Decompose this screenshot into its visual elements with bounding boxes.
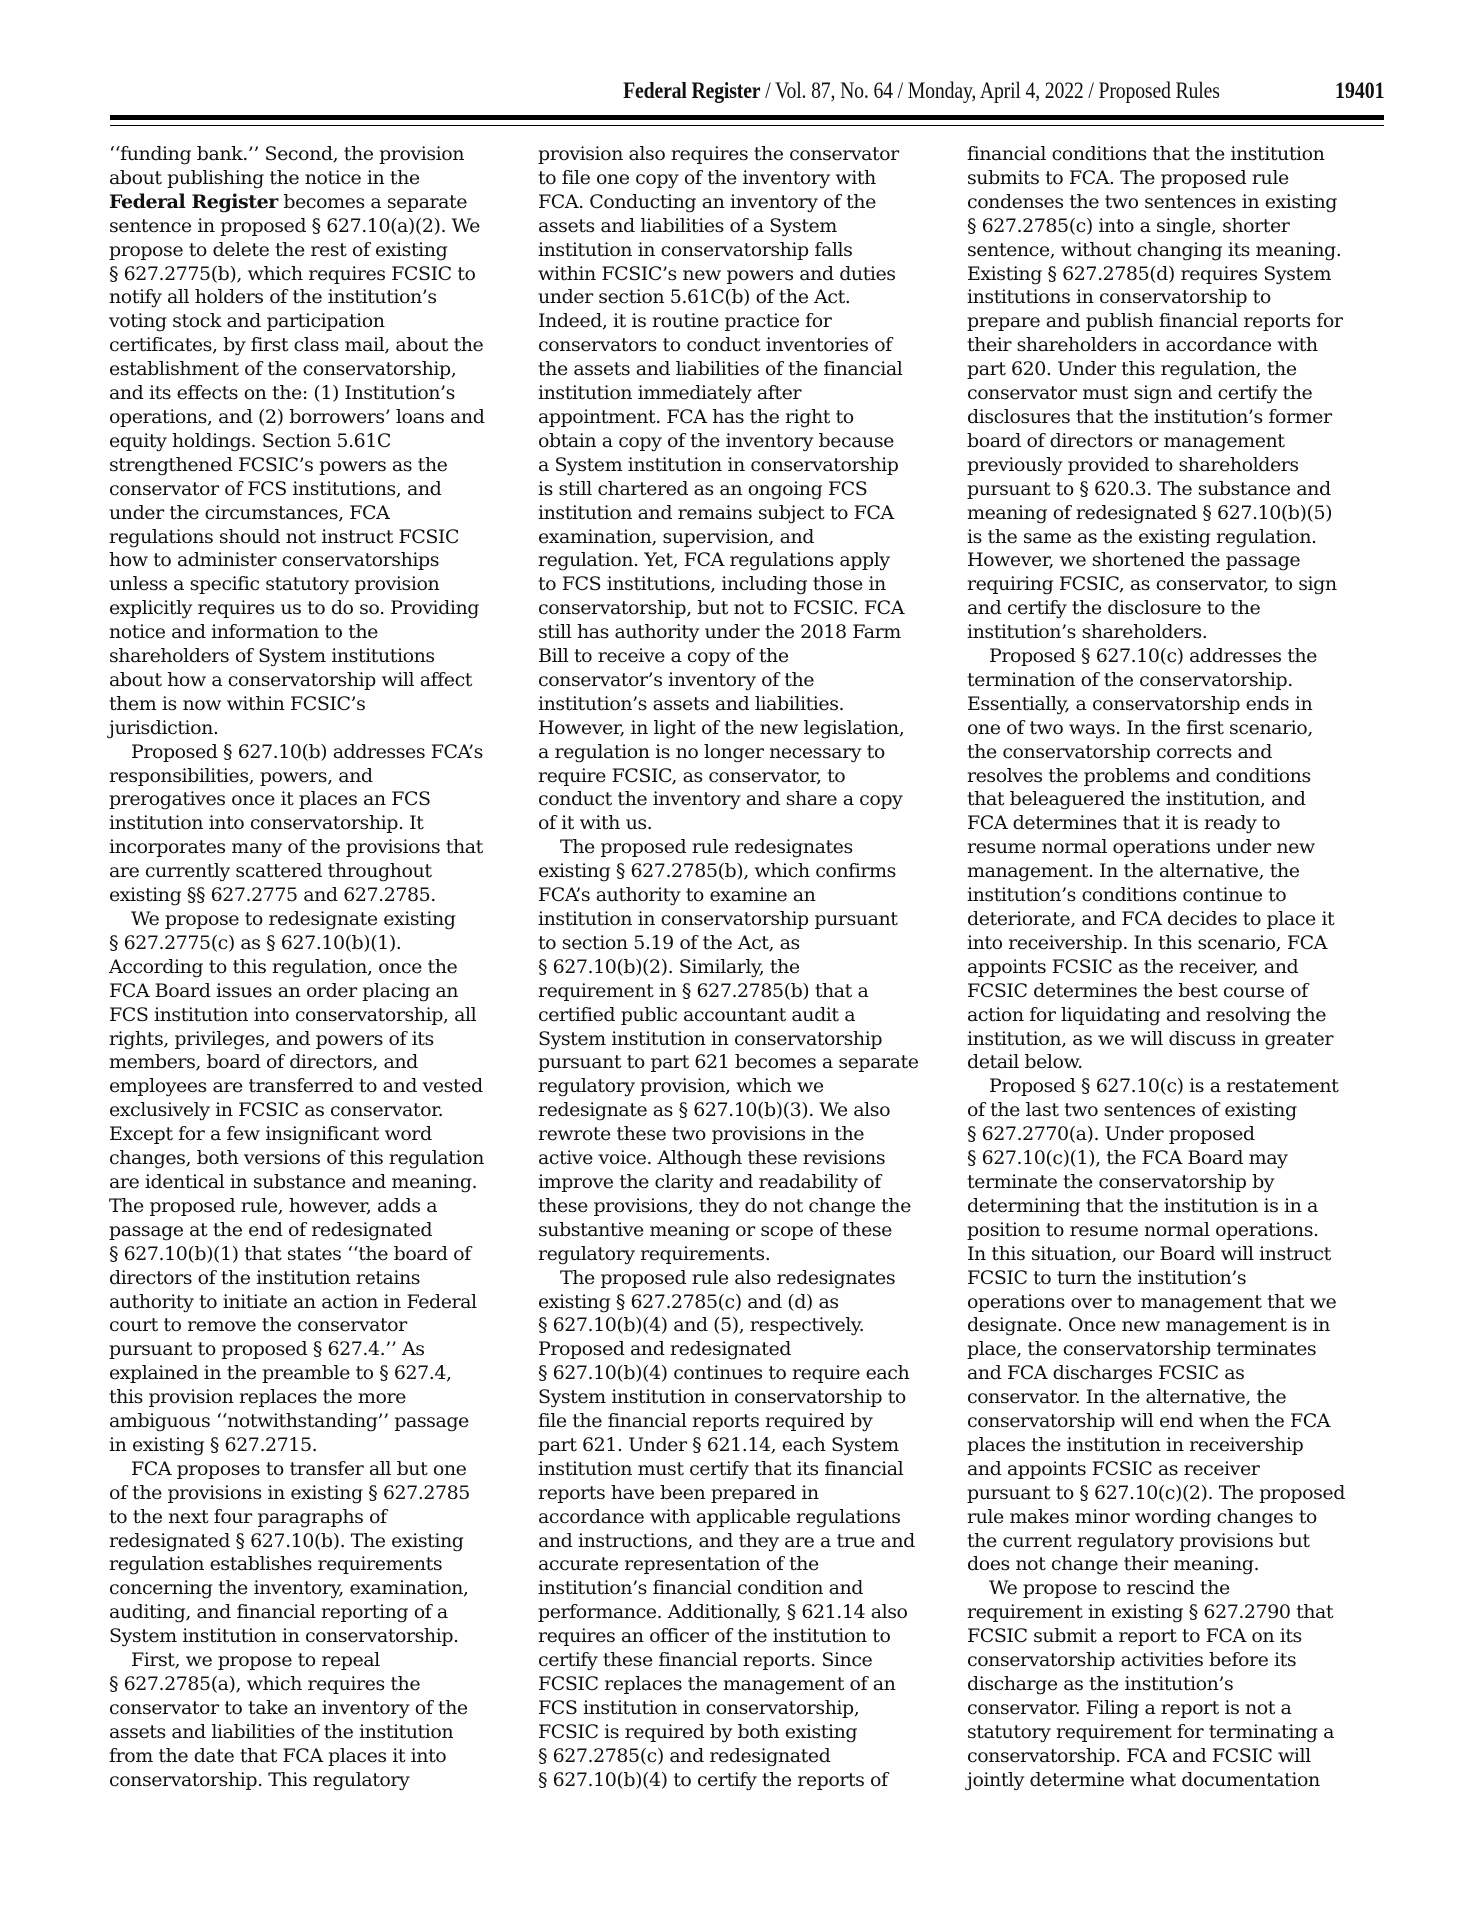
line-text: § 627.2775(c) as § 627.10(b)(1). — [109, 932, 401, 954]
text-line: sentence in proposed § 627.10(a)(2). We — [109, 215, 515, 239]
line-text: Proposed and redesignated — [538, 1338, 791, 1360]
text-line: disclosures that the institution’s forme… — [967, 406, 1383, 430]
text-line: regulation. Yet, FCA regulations apply — [538, 549, 954, 573]
text-line: management. In the alternative, the — [967, 860, 1383, 884]
line-text: equity holdings. Section 5.61C — [109, 430, 391, 452]
line-text: resolves the problems and conditions — [967, 765, 1311, 787]
text-line: to section 5.19 of the Act, as — [538, 932, 954, 956]
line-text: sentence, without changing its meaning. — [967, 239, 1341, 261]
text-line: authority to initiate an action in Feder… — [109, 1291, 515, 1315]
text-line: Proposed and redesignated — [538, 1338, 954, 1362]
text-line: does not change their meaning. — [967, 1553, 1383, 1577]
line-text: institutions in conservatorship to — [967, 286, 1271, 308]
text-line: certificates, by first class mail, about… — [109, 334, 515, 358]
text-line: FCA. Conducting an inventory of the — [538, 191, 954, 215]
line-text: employees are transferred to and vested — [109, 1075, 483, 1097]
line-text: a System institution in conservatorship — [538, 454, 899, 476]
line-text: examination, supervision, and — [538, 526, 814, 548]
text-line: conservatorship activities before its — [967, 1649, 1383, 1673]
line-text: FCSIC is required by both existing — [538, 1721, 857, 1743]
text-line: determining that the institution is in a — [967, 1195, 1383, 1219]
text-line: them is now within FCSIC’s — [109, 693, 515, 717]
line-text: substantive meaning or scope of these — [538, 1219, 892, 1241]
text-line: Except for a few insignificant word — [109, 1123, 515, 1147]
line-text: § 627.2770(a). Under proposed — [967, 1123, 1255, 1145]
line-text: FCA determines that it is ready to — [967, 812, 1280, 834]
text-line: According to this regulation, once the — [109, 956, 515, 980]
text-line: incorporates many of the provisions that — [109, 836, 515, 860]
text-line: financial conditions that the institutio… — [967, 143, 1383, 167]
line-text: redesignated § 627.10(b). The existing — [109, 1530, 463, 1552]
line-text: requirement in § 627.2785(b) that a — [538, 980, 868, 1002]
line-text: § 627.10(c)(1), the FCA Board may — [967, 1147, 1287, 1169]
text-line: responsibilities, powers, and — [109, 765, 515, 789]
line-text: FCA Board issues an order placing an — [109, 980, 458, 1002]
line-text: conservatorship. This regulatory — [109, 1769, 409, 1791]
text-line: However, we shortened the passage — [967, 549, 1383, 573]
text-line: certified public accountant audit a — [538, 1004, 954, 1028]
text-line: institution into conservatorship. It — [109, 812, 515, 836]
line-text: conservator to take an inventory of the — [109, 1697, 468, 1719]
line-text: We propose to redesignate existing — [131, 908, 456, 930]
text-line: regulation establishes requirements — [109, 1553, 515, 1577]
text-line: conservator of FCS institutions, and — [109, 478, 515, 502]
line-text: notice and information to the — [109, 621, 378, 643]
text-line: explained in the preamble to § 627.4, — [109, 1362, 515, 1386]
line-text: appointment. FCA has the right to — [538, 406, 854, 428]
line-text: to FCS institutions, including those in — [538, 573, 886, 595]
text-line: explicitly requires us to do so. Providi… — [109, 597, 515, 621]
text-line: pursuant to § 620.3. The substance and — [967, 478, 1383, 502]
text-line: propose to delete the rest of existing — [109, 239, 515, 263]
text-line: institution and remains subject to FCA — [538, 502, 954, 526]
text-line: institution’s shareholders. — [967, 621, 1383, 645]
text-line: conservators to conduct inventories of — [538, 334, 954, 358]
text-line: the assets and liabilities of the financ… — [538, 358, 954, 382]
line-text: in existing § 627.2715. — [109, 1434, 317, 1456]
text-line: institution in conservatorship falls — [538, 239, 954, 263]
text-line: and certify the disclosure to the — [967, 597, 1383, 621]
page-number: 19401 — [1335, 78, 1384, 104]
line-text: institution in conservatorship falls — [538, 239, 852, 261]
line-text: Essentially, a conservatorship ends in — [967, 693, 1312, 715]
line-text: concerning the inventory, examination, — [109, 1577, 468, 1599]
line-text: discharge as the institution’s — [967, 1673, 1233, 1695]
text-line: resume normal operations under new — [967, 836, 1383, 860]
line-text: unless a specific statutory provision — [109, 573, 439, 595]
text-line: meaning of redesignated § 627.10(b)(5) — [967, 502, 1383, 526]
text-line: require FCSIC, as conservator, to — [538, 765, 954, 789]
text-line: about how a conservatorship will affect — [109, 669, 515, 693]
line-text: institution, as we will discuss in great… — [967, 1028, 1333, 1050]
text-line: in existing § 627.2715. — [109, 1434, 515, 1458]
text-line: institution’s assets and liabilities. — [538, 693, 954, 717]
text-line: places the institution in receivership — [967, 1434, 1383, 1458]
line-text: propose to delete the rest of existing — [109, 239, 447, 261]
line-text: § 627.10(b)(4) to certify the reports of — [538, 1769, 888, 1791]
line-text: System institution in conservatorship. — [109, 1625, 459, 1647]
text-line: Essentially, a conservatorship ends in — [967, 693, 1383, 717]
text-line: obtain a copy of the inventory because — [538, 430, 954, 454]
paragraph-start-line: The proposed rule also redesignates — [538, 1267, 954, 1291]
line-text: and instructions, and they are a true an… — [538, 1530, 915, 1552]
text-line: under the circumstances, FCA — [109, 502, 515, 526]
line-text: provision also requires the conservator — [538, 143, 899, 165]
line-text: of it with us. — [538, 812, 652, 834]
line-text: FCSIC to turn the institution’s — [967, 1267, 1246, 1289]
line-text: sentence in proposed § 627.10(a)(2). We — [109, 215, 480, 237]
line-text: FCSIC replaces the management of an — [538, 1673, 895, 1695]
line-text: performance. Additionally, § 621.14 also — [538, 1601, 908, 1623]
line-text: However, we shortened the passage — [967, 549, 1300, 571]
text-line: institution, as we will discuss in great… — [967, 1028, 1383, 1052]
line-text: assets and liabilities of the institutio… — [109, 1721, 453, 1743]
text-line: action for liquidating and resolving the — [967, 1004, 1383, 1028]
text-line: § 627.10(c)(1), the FCA Board may — [967, 1147, 1383, 1171]
line-text: submits to FCA. The proposed rule — [967, 167, 1289, 189]
line-text: pursuant to part 621 becomes a separate — [538, 1051, 919, 1073]
line-text: regulation. Yet, FCA regulations apply — [538, 549, 890, 571]
text-line: § 627.2785(c) and redesignated — [538, 1745, 954, 1769]
line-text: FCA proposes to transfer all but one — [131, 1458, 466, 1480]
issue-date: Monday, April 4, 2022 — [908, 78, 1084, 103]
line-text: requirement in existing § 627.2790 that — [967, 1601, 1333, 1623]
text-line: jurisdiction. — [109, 717, 515, 741]
line-text: regulation establishes requirements — [109, 1553, 442, 1575]
paragraph-start-line: Proposed § 627.10(c) addresses the — [967, 645, 1383, 669]
line-text: ambiguous ‘‘notwithstanding’’ passage — [109, 1410, 469, 1432]
header-rule-thick — [110, 115, 1384, 120]
line-text: voting stock and participation — [109, 310, 385, 332]
text-line: conservator’s inventory of the — [538, 669, 954, 693]
text-line: prerogatives once it places an FCS — [109, 788, 515, 812]
line-text: regulatory requirements. — [538, 1243, 770, 1265]
text-line: resolves the problems and conditions — [967, 765, 1383, 789]
text-line: concerning the inventory, examination, — [109, 1577, 515, 1601]
text-line: detail below. — [967, 1051, 1383, 1075]
line-text: active voice. Although these revisions — [538, 1147, 885, 1169]
line-text: § 627.2785(c) and redesignated — [538, 1745, 830, 1767]
line-text: Indeed, it is routine practice for — [538, 310, 831, 332]
header-separator: / — [893, 78, 908, 103]
line-text: position to resume normal operations. — [967, 1219, 1319, 1241]
text-line: passage at the end of redesignated — [109, 1219, 515, 1243]
text-line: institution must certify that its financ… — [538, 1458, 954, 1482]
line-text: institution must certify that its financ… — [538, 1458, 903, 1480]
line-text: to file one copy of the inventory with — [538, 167, 876, 189]
paragraph-start-line: Proposed § 627.10(c) is a restatement — [967, 1075, 1383, 1099]
line-text: The proposed rule redesignates — [560, 836, 853, 858]
line-text: FCSIC determines the best course of — [967, 980, 1308, 1002]
line-text: conservatorship activities before its — [967, 1649, 1296, 1671]
line-text: is still chartered as an ongoing FCS — [538, 478, 867, 500]
line-text: institution into conservatorship. It — [109, 812, 423, 834]
line-text: conservator must sign and certify the — [967, 382, 1312, 404]
text-line: § 627.10(b)(2). Similarly, the — [538, 956, 954, 980]
line-text: institution in conservatorship pursuant — [538, 908, 897, 930]
line-text: conservator of FCS institutions, and — [109, 478, 441, 500]
text-line: FCSIC submit a report to FCA on its — [967, 1625, 1383, 1649]
text-line: institution immediately after — [538, 382, 954, 406]
text-line: notify all holders of the institution’s — [109, 286, 515, 310]
line-text: First, we propose to repeal — [131, 1649, 380, 1671]
line-text: existing § 627.2785(c) and (d) as — [538, 1291, 839, 1313]
line-text: one of two ways. In the first scenario, — [967, 717, 1313, 739]
text-line: rule makes minor wording changes to — [967, 1506, 1383, 1530]
line-text: them is now within FCSIC’s — [109, 693, 365, 715]
line-text: System institution in conservatorship — [538, 1028, 882, 1050]
text-line: statutory requirement for terminating a — [967, 1721, 1383, 1745]
text-line: conservatorship, but not to FCSIC. FCA — [538, 597, 954, 621]
text-line: from the date that FCA places it into — [109, 1745, 515, 1769]
line-text: Proposed § 627.10(c) addresses the — [989, 645, 1317, 667]
text-line: requiring FCSIC, as conservator, to sign — [967, 573, 1383, 597]
text-line: conservator. In the alternative, the — [967, 1386, 1383, 1410]
line-text: Existing § 627.2785(d) requires System — [967, 263, 1331, 285]
line-text: FCA. Conducting an inventory of the — [538, 191, 876, 213]
text-line: directors of the institution retains — [109, 1267, 515, 1291]
text-line: that beleaguered the institution, and — [967, 788, 1383, 812]
line-text: from the date that FCA places it into — [109, 1745, 446, 1767]
line-text: § 627.2785(c) into a single, shorter — [967, 215, 1289, 237]
line-text: Proposed § 627.10(b) addresses FCA’s — [131, 741, 483, 763]
text-line: § 627.2775(b), which requires FCSIC to — [109, 263, 515, 287]
line-text: § 627.2775(b), which requires FCSIC to — [109, 263, 475, 285]
line-text: institution’s assets and liabilities. — [538, 693, 844, 715]
text-line: redesignate as § 627.10(b)(3). We also — [538, 1099, 954, 1123]
line-text: and certify the disclosure to the — [967, 597, 1260, 619]
text-line: assets and liabilities of a System — [538, 215, 954, 239]
text-line: improve the clarity and readability of — [538, 1171, 954, 1195]
line-text: designate. Once new management is in — [967, 1314, 1330, 1336]
text-line: and its effects on the: (1) Institution’… — [109, 382, 515, 406]
text-line: members, board of directors, and — [109, 1051, 515, 1075]
text-line: are identical in substance and meaning. — [109, 1171, 515, 1195]
line-text: ‘‘funding bank.’’ Second, the provision — [109, 143, 464, 165]
line-text: assets and liabilities of a System — [538, 215, 837, 237]
text-line: place, the conservatorship terminates — [967, 1338, 1383, 1362]
line-text: However, in light of the new legislation… — [538, 717, 904, 739]
text-line: institution’s conditions continue to — [967, 884, 1383, 908]
line-text: determining that the institution is in a — [967, 1195, 1318, 1217]
line-text: these provisions, they do not change the — [538, 1195, 911, 1217]
text-line: conservatorship. This regulatory — [109, 1769, 515, 1793]
line-text: conduct the inventory and share a copy — [538, 788, 902, 810]
text-line: Bill to receive a copy of the — [538, 645, 954, 669]
line-text: We propose to rescind the — [989, 1577, 1230, 1599]
text-line: assets and liabilities of the institutio… — [109, 1721, 515, 1745]
line-text: shareholders of System institutions — [109, 645, 435, 667]
text-line: of the provisions in existing § 627.2785 — [109, 1482, 515, 1506]
text-line: Indeed, it is routine practice for — [538, 310, 954, 334]
line-text: about publishing the notice in the — [109, 167, 420, 189]
line-text: under the circumstances, FCA — [109, 502, 389, 524]
paragraph-start-line: Proposed § 627.10(b) addresses FCA’s — [109, 741, 515, 765]
line-text: jointly determine what documentation — [967, 1769, 1320, 1791]
line-text: conservator. Filing a report is not a — [967, 1697, 1291, 1719]
text-line: part 620. Under this regulation, the — [967, 358, 1383, 382]
text-line: unless a specific statutory provision — [109, 573, 515, 597]
text-line: are currently scattered throughout — [109, 860, 515, 884]
text-line: FCS institution in conservatorship, — [538, 1697, 954, 1721]
header-separator: / — [1084, 78, 1099, 103]
line-text: conservator. In the alternative, the — [967, 1386, 1286, 1408]
line-text: FCS institution into conservatorship, al… — [109, 1004, 476, 1026]
line-text: institution’s shareholders. — [967, 621, 1207, 643]
text-line: operations over to management that we — [967, 1291, 1383, 1315]
text-line: examination, supervision, and — [538, 526, 954, 550]
text-column-3: financial conditions that the institutio… — [967, 143, 1383, 1793]
text-line: FCSIC to turn the institution’s — [967, 1267, 1383, 1291]
line-text: notify all holders of the institution’s — [109, 286, 437, 308]
text-line: pursuant to part 621 becomes a separate — [538, 1051, 954, 1075]
text-line: active voice. Although these revisions — [538, 1147, 954, 1171]
line-text: § 627.10(b)(4) continues to require each — [538, 1362, 909, 1384]
text-line: employees are transferred to and vested — [109, 1075, 515, 1099]
line-text: institution’s financial condition and — [538, 1577, 863, 1599]
text-line: performance. Additionally, § 621.14 also — [538, 1601, 954, 1625]
text-line: equity holdings. Section 5.61C — [109, 430, 515, 454]
text-line: rewrote these two provisions in the — [538, 1123, 954, 1147]
paragraph-start-line: We propose to redesignate existing — [109, 908, 515, 932]
line-text: rights, privileges, and powers of its — [109, 1028, 434, 1050]
line-text: pursuant to proposed § 627.4.’’ As — [109, 1338, 425, 1360]
line-text: require FCSIC, as conservator, to — [538, 765, 845, 787]
text-line: § 627.2775(c) as § 627.10(b)(1). — [109, 932, 515, 956]
line-text: resume normal operations under new — [967, 836, 1315, 858]
text-line: requirement in existing § 627.2790 that — [967, 1601, 1383, 1625]
line-text: places the institution in receivership — [967, 1434, 1303, 1456]
line-text: institution immediately after — [538, 382, 801, 404]
text-line: deteriorate, and FCA decides to place it — [967, 908, 1383, 932]
line-text: redesignate as § 627.10(b)(3). We also — [538, 1099, 890, 1121]
line-text: a regulation is no longer necessary to — [538, 741, 885, 763]
line-text: under section 5.61C(b) of the Act. — [538, 286, 850, 308]
text-line: changes, both versions of this regulatio… — [109, 1147, 515, 1171]
line-text: prerogatives once it places an FCS — [109, 788, 431, 810]
publication-name: Federal Register — [623, 78, 760, 103]
text-line: existing § 627.2785(c) and (d) as — [538, 1291, 954, 1315]
text-line: appointment. FCA has the right to — [538, 406, 954, 430]
line-text: certify these financial reports. Since — [538, 1649, 872, 1671]
line-text: FCS institution in conservatorship, — [538, 1697, 859, 1719]
volume-issue: Vol. 87, No. 64 — [775, 78, 893, 103]
text-line: auditing, and financial reporting of a — [109, 1601, 515, 1625]
line-text: operations over to management that we — [967, 1291, 1336, 1313]
line-text: improve the clarity and readability of — [538, 1171, 881, 1193]
text-line: strengthened FCSIC’s powers as the — [109, 454, 515, 478]
header-separator: / — [761, 78, 776, 103]
line-text: Except for a few insignificant word — [109, 1123, 432, 1145]
text-line: FCS institution into conservatorship, al… — [109, 1004, 515, 1028]
text-line: board of directors or management — [967, 430, 1383, 454]
text-line: The proposed rule, however, adds a — [109, 1195, 515, 1219]
line-text: exclusively in FCSIC as conservator. — [109, 1099, 443, 1121]
text-line: FCSIC determines the best course of — [967, 980, 1383, 1004]
line-text: institution and remains subject to FCA — [538, 502, 894, 524]
text-line: redesignated § 627.10(b). The existing — [109, 1530, 515, 1554]
line-text: accordance with applicable regulations — [538, 1506, 901, 1528]
text-line: institution’s financial condition and — [538, 1577, 954, 1601]
text-line: System institution in conservatorship. — [109, 1625, 515, 1649]
line-text: terminate the conservatorship by — [967, 1171, 1274, 1193]
line-text: reports have been prepared in — [538, 1482, 819, 1504]
line-text: obtain a copy of the inventory because — [538, 430, 894, 452]
line-text: into receivership. In this scenario, FCA — [967, 932, 1327, 954]
text-line: FCA determines that it is ready to — [967, 812, 1383, 836]
text-line: § 627.10(b)(1) that states ‘‘the board o… — [109, 1243, 515, 1267]
line-text: The proposed rule also redesignates — [560, 1267, 895, 1289]
text-line: voting stock and participation — [109, 310, 515, 334]
line-text: explicitly requires us to do so. Providi… — [109, 597, 479, 619]
text-line: existing §§ 627.2775 and 627.2785. — [109, 884, 515, 908]
text-line: Existing § 627.2785(d) requires System — [967, 263, 1383, 287]
line-text: part 621. Under § 621.14, each System — [538, 1434, 899, 1456]
line-text: how to administer conservatorships — [109, 549, 439, 571]
text-line: designate. Once new management is in — [967, 1314, 1383, 1338]
line-text: does not change their meaning. — [967, 1553, 1259, 1575]
text-line: certify these financial reports. Since — [538, 1649, 954, 1673]
line-text: institution’s conditions continue to — [967, 884, 1286, 906]
line-text: passage at the end of redesignated — [109, 1219, 432, 1241]
line-text: § 627.10(b)(1) that states ‘‘the board o… — [109, 1243, 471, 1265]
text-line: accordance with applicable regulations — [538, 1506, 954, 1530]
text-line: substantive meaning or scope of these — [538, 1219, 954, 1243]
line-text: responsibilities, powers, and — [109, 765, 373, 787]
text-line: exclusively in FCSIC as conservator. — [109, 1099, 515, 1123]
text-line: establishment of the conservatorship, — [109, 358, 515, 382]
line-text: certified public accountant audit a — [538, 1004, 855, 1026]
text-line: regulatory provision, which we — [538, 1075, 954, 1099]
text-line: § 627.10(b)(4) and (5), respectively. — [538, 1314, 954, 1338]
paragraph-start-line: We propose to rescind the — [967, 1577, 1383, 1601]
text-line: System institution in conservatorship to — [538, 1386, 954, 1410]
line-text: conservatorship. FCA and FCSIC will — [967, 1745, 1311, 1767]
text-column-2: provision also requires the conservatort… — [538, 143, 954, 1793]
line-text: FCSIC submit a report to FCA on its — [967, 1625, 1302, 1647]
line-text: their shareholders in accordance with — [967, 334, 1318, 356]
line-text: within FCSIC’s new powers and duties — [538, 263, 896, 285]
text-line: notice and information to the — [109, 621, 515, 645]
text-line: these provisions, they do not change the — [538, 1195, 954, 1219]
text-line: sentence, without changing its meaning. — [967, 239, 1383, 263]
text-line: institutions in conservatorship to — [967, 286, 1383, 310]
line-text: detail below. — [967, 1051, 1083, 1073]
text-line: and instructions, and they are a true an… — [538, 1530, 954, 1554]
text-line: file the financial reports required by — [538, 1410, 954, 1434]
line-text: requiring FCSIC, as conservator, to sign — [967, 573, 1337, 595]
text-line: pursuant to proposed § 627.4.’’ As — [109, 1338, 515, 1362]
text-line: is the same as the existing regulation. — [967, 526, 1383, 550]
line-text: directors of the institution retains — [109, 1267, 420, 1289]
section-name: Proposed Rules — [1099, 78, 1220, 103]
text-line: how to administer conservatorships — [109, 549, 515, 573]
line-text: that beleaguered the institution, and — [967, 788, 1305, 810]
text-line: appoints FCSIC as the receiver, and — [967, 956, 1383, 980]
text-line: conservatorship will end when the FCA — [967, 1410, 1383, 1434]
header-title: Federal Register / Vol. 87, No. 64 / Mon… — [623, 78, 1220, 104]
text-line: In this situation, our Board will instru… — [967, 1243, 1383, 1267]
text-line: § 627.10(b)(4) to certify the reports of — [538, 1769, 954, 1793]
line-text: existing § 627.2785(b), which confirms — [538, 860, 896, 882]
line-text: court to remove the conservator — [109, 1314, 407, 1336]
text-line: Federal Register becomes a separate — [109, 191, 515, 215]
text-line: and appoints FCSIC as receiver — [967, 1458, 1383, 1482]
line-text: requires an officer of the institution t… — [538, 1625, 890, 1647]
text-line: requirement in § 627.2785(b) that a — [538, 980, 954, 1004]
line-text: termination of the conservatorship. — [967, 669, 1293, 691]
line-text: the assets and liabilities of the financ… — [538, 358, 902, 380]
